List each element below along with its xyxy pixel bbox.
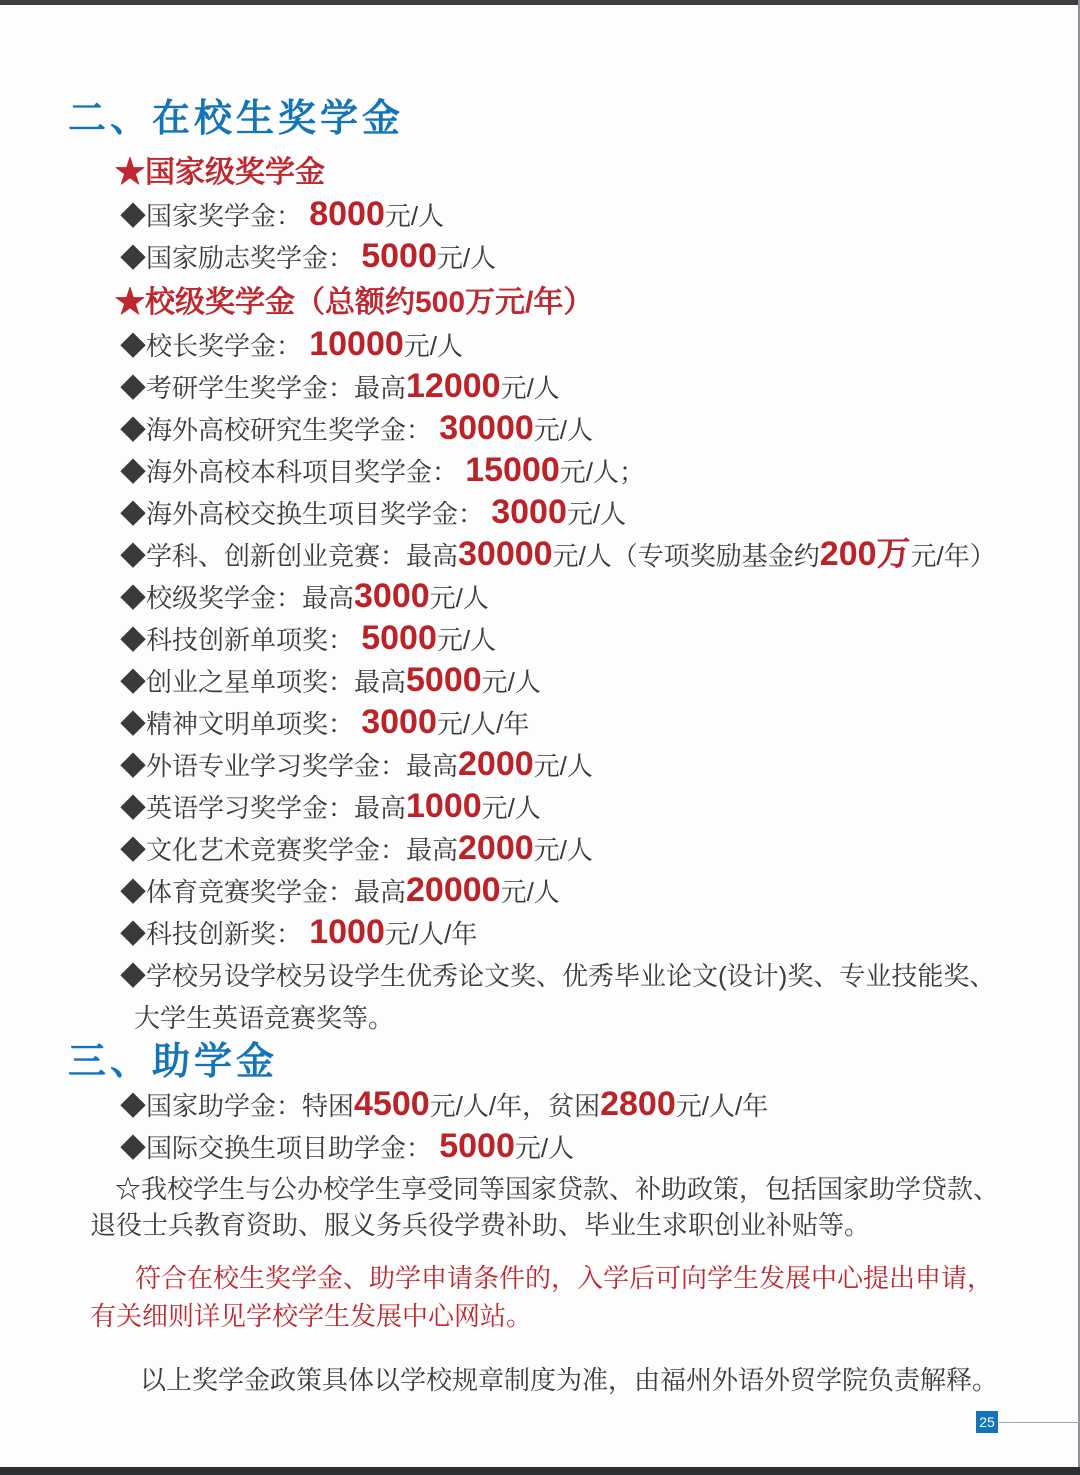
text-segment: ◆海外高校交换生项目奖学金： [120, 499, 491, 529]
text-segment: 元/人 [482, 667, 541, 697]
scholarship-item-school-level: ◆校级奖学金：最高3000元/人 [120, 577, 1014, 619]
scholarship-item-tech-innovation-single: ◆科技创新单项奖： 5000元/人 [120, 619, 1014, 661]
text-segment: ◆考研学生奖学金：最高 [120, 373, 406, 403]
text-segment: ◆国际交换生项目助学金： [120, 1133, 439, 1163]
text-segment: ◆海外高校本科项目奖学金： [120, 457, 465, 487]
text-segment: 元/人 [437, 243, 496, 273]
amount-value: 5000 [406, 661, 482, 699]
scholarship-item-entrepreneur-star: ◆创业之星单项奖：最高5000元/人 [120, 661, 1014, 703]
text-segment: 元/人 [501, 877, 560, 907]
text-segment: 元/人 [534, 415, 593, 445]
amount-value: 2000 [458, 745, 534, 783]
amount-value: 5000 [361, 619, 437, 657]
amount-value: 3000 [354, 577, 430, 615]
text-segment: 元/人/年 [385, 919, 477, 949]
grant-item-international-exchange: ◆国际交换生项目助学金： 5000元/人 [120, 1127, 1014, 1169]
amount-value: 15000 [465, 451, 560, 489]
text-segment: 元/人 [567, 499, 626, 529]
text-segment: ◆校长奖学金： [120, 331, 309, 361]
scholarship-item-sports: ◆体育竞赛奖学金：最高20000元/人 [120, 871, 1014, 913]
grant-item-national: ◆国家助学金：特困4500元/人/年，贫困2800元/人/年 [120, 1085, 1014, 1127]
amount-value: 10000 [309, 325, 404, 363]
amount-value: 3000 [361, 703, 437, 741]
note-interpretation: 以上奖学金政策具体以学校规章制度为准，由福州外语外贸学院负责解释。 [140, 1363, 1012, 1397]
page-footer: 25 [976, 1411, 1080, 1435]
text-segment: ◆海外高校研究生奖学金： [120, 415, 439, 445]
scholarship-item-innovation-competition: ◆学科、创新创业竞赛：最高30000元/人（专项奖励基金约200万元/年） [120, 535, 1014, 577]
text-segment: 元/人/年 [437, 709, 529, 739]
subheading-national-scholarships: ★国家级奖学金 [115, 151, 1010, 195]
text-segment: ◆精神文明单项奖： [120, 709, 361, 739]
scholarship-item-national: ◆国家奖学金： 8000元/人 [120, 195, 1014, 237]
note-public-policy: ☆我校学生与公办校学生享受同等国家贷款、补助政策，包括国家助学贷款、退役士兵教育… [90, 1171, 1012, 1243]
amount-value: 20000 [406, 871, 501, 909]
scholarship-item-postgraduate-exam: ◆考研学生奖学金：最高12000元/人 [120, 367, 1014, 409]
text-segment: ◆科技创新奖： [120, 919, 309, 949]
amount-value: 5000 [439, 1127, 515, 1165]
text-segment: 元/人/年 [676, 1091, 768, 1121]
amount-value: 8000 [309, 195, 385, 233]
amount-value: 3000 [491, 493, 567, 531]
scholarship-item-foreign-language-major: ◆外语专业学习奖学金：最高2000元/人 [120, 745, 1014, 787]
amount-value: 30000 [439, 409, 534, 447]
scholarship-item-culture-art: ◆文化艺术竞赛奖学金：最高2000元/人 [120, 829, 1014, 871]
text-segment: ◆学校另设学校另设学生优秀论文奖、优秀毕业论文(设计)奖、专业技能奖、大学生英语… [120, 961, 995, 1033]
section-heading-grants: 三、助学金 [68, 1039, 1010, 1085]
page-bottom-border [0, 1467, 1080, 1475]
text-segment: 元/人 [482, 793, 541, 823]
text-segment: ◆英语学习奖学金：最高 [120, 793, 406, 823]
scholarship-item-overseas-undergraduate: ◆海外高校本科项目奖学金： 15000元/人； [120, 451, 1014, 493]
subheading-school-scholarships: ★校级奖学金（总额约500万元/年） [115, 281, 1010, 325]
amount-value: 5000 [361, 237, 437, 275]
amount-value: 30000 [458, 535, 553, 573]
document-page: { "page": { "background": "#fdfdfe", "to… [0, 0, 1080, 1475]
text-segment: 元/人 [534, 835, 593, 865]
text-segment: ◆国家励志奖学金： [120, 243, 361, 273]
text-segment: 元/人/年，贫困 [430, 1091, 600, 1121]
scholarship-item-other-awards: ◆学校另设学校另设学生优秀论文奖、优秀毕业论文(设计)奖、专业技能奖、大学生英语… [120, 955, 1014, 1039]
text-segment: ◆学科、创新创业竞赛：最高 [120, 541, 458, 571]
scholarship-item-national-encouragement: ◆国家励志奖学金： 5000元/人 [120, 237, 1014, 279]
text-segment: 元/人 [385, 201, 444, 231]
text-segment: 元/人 [430, 583, 489, 613]
text-segment: ◆创业之星单项奖：最高 [120, 667, 406, 697]
text-segment: ◆文化艺术竞赛奖学金：最高 [120, 835, 458, 865]
scholarship-item-overseas-postgraduate: ◆海外高校研究生奖学金： 30000元/人 [120, 409, 1014, 451]
scholarship-item-president: ◆校长奖学金： 10000元/人 [120, 325, 1014, 367]
amount-value: 200万 [820, 535, 911, 573]
amount-value: 1000 [309, 913, 385, 951]
scholarship-item-spiritual-civilization: ◆精神文明单项奖： 3000元/人/年 [120, 703, 1014, 745]
text-segment: ◆国家助学金：特困 [120, 1091, 354, 1121]
scholarship-item-english-study: ◆英语学习奖学金：最高1000元/人 [120, 787, 1014, 829]
amount-value: 12000 [406, 367, 501, 405]
section-heading-scholarships: 二、在校生奖学金 [68, 96, 1010, 142]
text-segment: ◆外语专业学习奖学金：最高 [120, 751, 458, 781]
note-application: 符合在校生奖学金、助学申请条件的，入学后可向学生发展中心提出申请，有关细则详见学… [90, 1259, 1012, 1335]
scholarship-item-tech-innovation: ◆科技创新奖： 1000元/人/年 [120, 913, 1014, 955]
amount-value: 4500 [354, 1085, 430, 1123]
text-segment: 元/人 [404, 331, 463, 361]
text-segment: ◆科技创新单项奖： [120, 625, 361, 655]
text-segment: 元/人 [534, 751, 593, 781]
amount-value: 1000 [406, 787, 482, 825]
page-number-badge: 25 [976, 1411, 998, 1433]
content: 二、在校生奖学金★国家级奖学金◆国家奖学金： 8000元/人◆国家励志奖学金： … [0, 0, 1080, 1397]
text-segment: 元/人 [437, 625, 496, 655]
amount-value: 2800 [600, 1085, 676, 1123]
text-segment: ◆体育竞赛奖学金：最高 [120, 877, 406, 907]
amount-value: 2000 [458, 829, 534, 867]
text-segment: 元/人 [515, 1133, 574, 1163]
page-number-rule [999, 1422, 1080, 1423]
text-segment: 元/人； [560, 457, 645, 487]
text-segment: 元/人 [501, 373, 560, 403]
scholarship-item-overseas-exchange: ◆海外高校交换生项目奖学金： 3000元/人 [120, 493, 1014, 535]
text-segment: 元/年） [911, 541, 996, 571]
text-segment: 元/人（专项奖励基金约 [553, 541, 820, 571]
text-segment: ◆国家奖学金： [120, 201, 309, 231]
text-segment: ◆校级奖学金：最高 [120, 583, 354, 613]
